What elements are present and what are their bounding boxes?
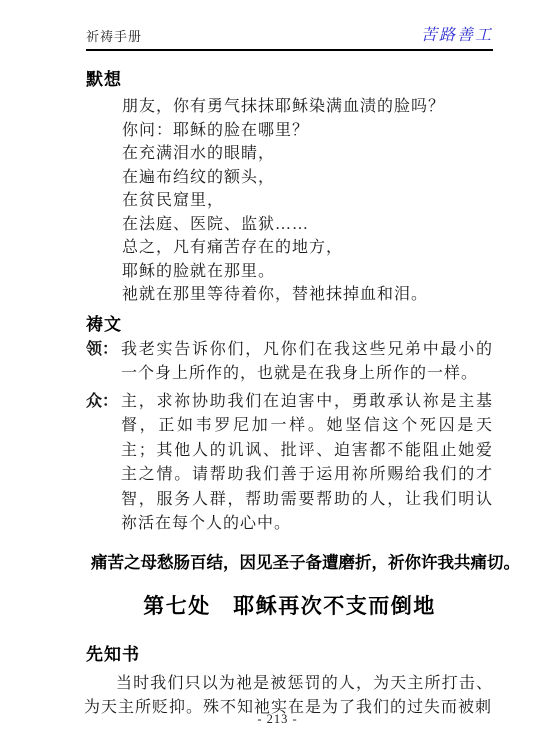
meditation-poem: 朋友，你有勇气抹抹耶稣染满血渍的脸吗？ 你问：耶稣的脸在哪里？ 在充满泪水的眼睛… bbox=[86, 95, 493, 307]
litany-entry-assembly: 众： 主，求祢协助我们在迫害中，勇敢承认祢是主基督，正如韦罗尼加一样。她坚信这个… bbox=[86, 390, 493, 537]
poem-line: 你问：耶稣的脸在哪里？ bbox=[122, 119, 493, 143]
meditation-heading: 默想 bbox=[86, 69, 493, 90]
poem-line: 在充满泪水的眼睛， bbox=[122, 142, 493, 166]
poem-line: 耶稣的脸就在那里。 bbox=[122, 260, 493, 284]
litany-heading: 祷文 bbox=[86, 314, 493, 335]
poem-line: 朋友，你有勇气抹抹耶稣染满血渍的脸吗？ bbox=[122, 95, 493, 119]
document-page: 祈祷手册 苦路善工 默想 朋友，你有勇气抹抹耶稣染满血渍的脸吗？ 你问：耶稣的脸… bbox=[0, 0, 555, 738]
header-rule bbox=[86, 49, 493, 51]
header-section-title: 苦路善工 bbox=[421, 22, 493, 45]
station-title: 第七处 耶稣再次不支而倒地 bbox=[86, 590, 493, 620]
poem-line: 在贫民窟里， bbox=[122, 189, 493, 213]
poem-line: 在法庭、医院、监狱…… bbox=[122, 213, 493, 237]
poem-line: 在遍布绉纹的额头， bbox=[122, 166, 493, 190]
page-header: 祈祷手册 苦路善工 bbox=[86, 22, 493, 49]
litany-text: 主，求祢协助我们在迫害中，勇敢承认祢是主基督，正如韦罗尼加一样。她坚信这个死囚是… bbox=[121, 390, 493, 537]
poem-line: 总之，凡有痛苦存在的地方， bbox=[122, 236, 493, 260]
page-number: - 213 - bbox=[0, 712, 555, 727]
litany-text: 我老实告诉你们，凡你们在我这些兄弟中最小的一个身上所作的，也就是在我身上所作的一… bbox=[121, 338, 493, 387]
litany-speaker-label: 众： bbox=[86, 390, 121, 537]
prophet-heading: 先知书 bbox=[86, 644, 493, 665]
header-booklet-title: 祈祷手册 bbox=[86, 26, 142, 45]
marian-verse: 痛苦之母愁肠百结，因见圣子备遭磨折，祈你许我共痛切。 bbox=[91, 549, 493, 573]
litany-entry-leader: 领： 我老实告诉你们，凡你们在我这些兄弟中最小的一个身上所作的，也就是在我身上所… bbox=[86, 338, 493, 387]
poem-line: 祂就在那里等待着你，替祂抹掉血和泪。 bbox=[122, 283, 493, 307]
litany-speaker-label: 领： bbox=[86, 338, 121, 387]
